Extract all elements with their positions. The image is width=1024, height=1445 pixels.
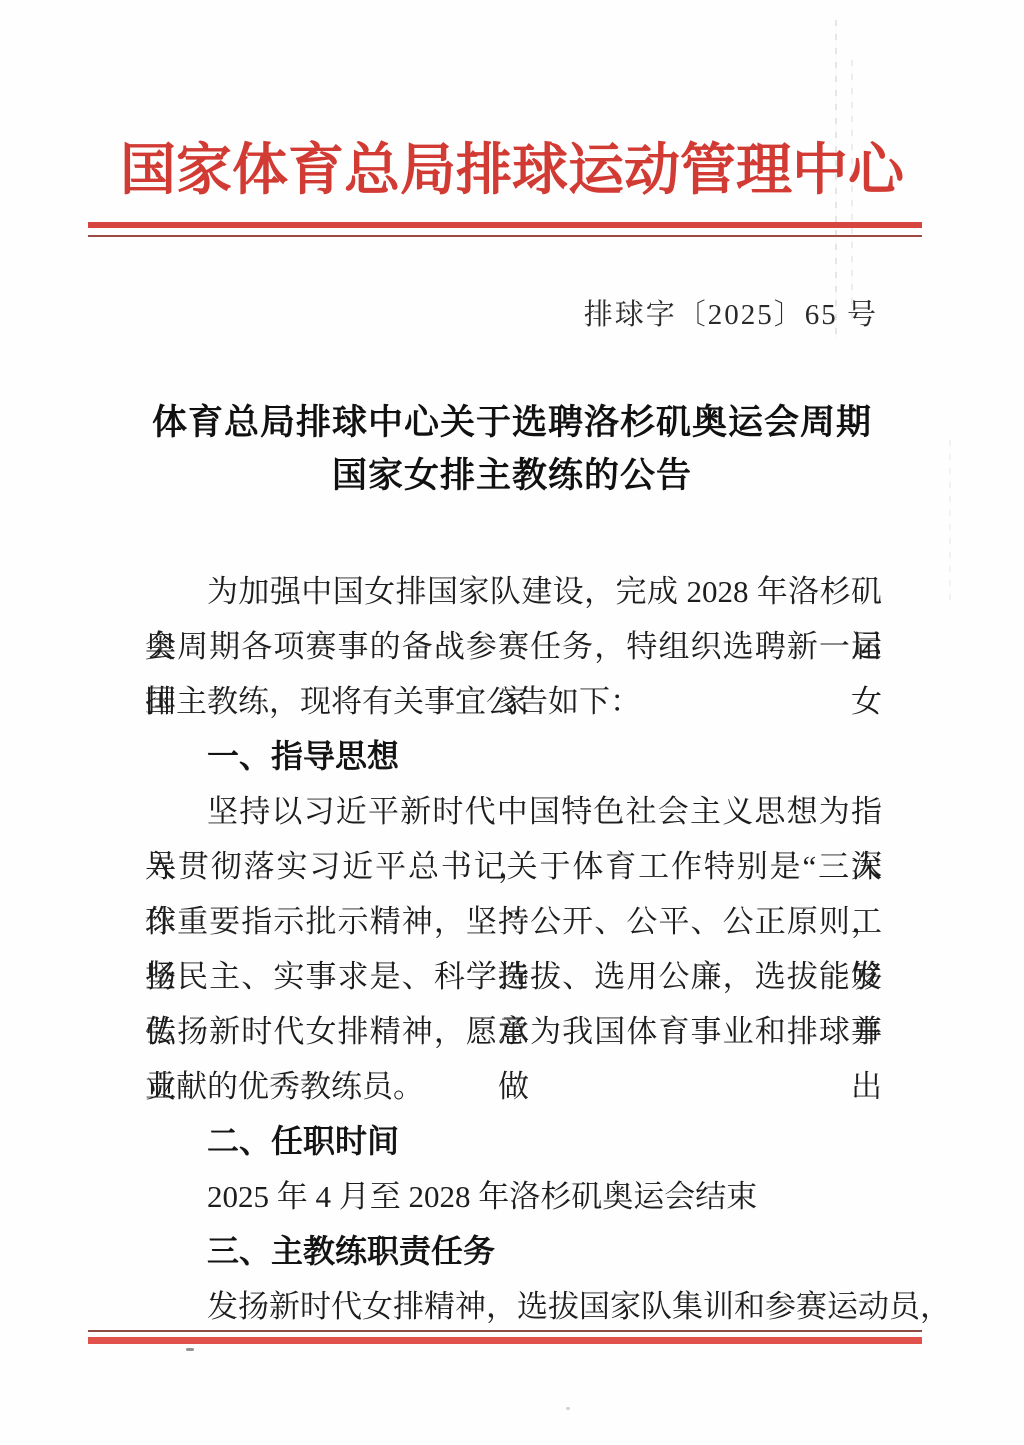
footer-rule-thick [88, 1337, 922, 1344]
scan-speck-artifact [566, 1407, 570, 1410]
body-line: 坚持以习近平新时代中国特色社会主义思想为指导，深 [145, 784, 882, 839]
body-line: 会周期各项赛事的备战参赛任务，特组织选聘新一届国家女 [145, 619, 882, 674]
title-line-1: 体育总局排球中心关于选聘洛杉矶奥运会周期 [0, 396, 1024, 449]
header-rule-thick [88, 222, 922, 228]
document-body: 为加强中国女排国家队建设，完成 2028 年洛杉矶奥运 会周期各项赛事的备战参赛… [145, 564, 882, 1334]
title-line-2: 国家女排主教练的公告 [0, 449, 1024, 502]
body-line: 弘扬新时代女排精神，愿意为我国体育事业和排球事业做出 [145, 1004, 882, 1059]
body-line: 入贯彻落实习近平总书记关于体育工作特别是“三大球”工 [145, 839, 882, 894]
scanned-document-page: 国家体育总局排球运动管理中心 排球字〔2025〕65 号 体育总局排球中心关于选… [0, 0, 1024, 1445]
body-line: 2025 年 4 月至 2028 年洛杉矶奥运会结束 [145, 1169, 882, 1224]
body-line: 发扬新时代女排精神，选拔国家队集训和参赛运动员， [145, 1279, 882, 1334]
body-line: 扬民主、实事求是、科学选拔、选用公廉，选拔能够传承并 [145, 949, 882, 1004]
scan-speck-artifact [186, 1348, 194, 1351]
section-heading-1: 一、指导思想 [145, 729, 882, 784]
body-line: 作重要指示批示精神，坚持公开、公平、公正原则，坚持发 [145, 894, 882, 949]
document-number: 排球字〔2025〕65 号 [0, 292, 1024, 333]
section-heading-3: 三、主教练职责任务 [145, 1224, 882, 1279]
letterhead-title: 国家体育总局排球运动管理中心 [0, 126, 1024, 206]
section-heading-2: 二、任职时间 [145, 1114, 882, 1169]
footer-rule-thin [88, 1330, 922, 1332]
body-line: 为加强中国女排国家队建设，完成 2028 年洛杉矶奥运 [145, 564, 882, 619]
header-rule-thin [88, 235, 922, 237]
document-title: 体育总局排球中心关于选聘洛杉矶奥运会周期 国家女排主教练的公告 [0, 396, 1024, 502]
